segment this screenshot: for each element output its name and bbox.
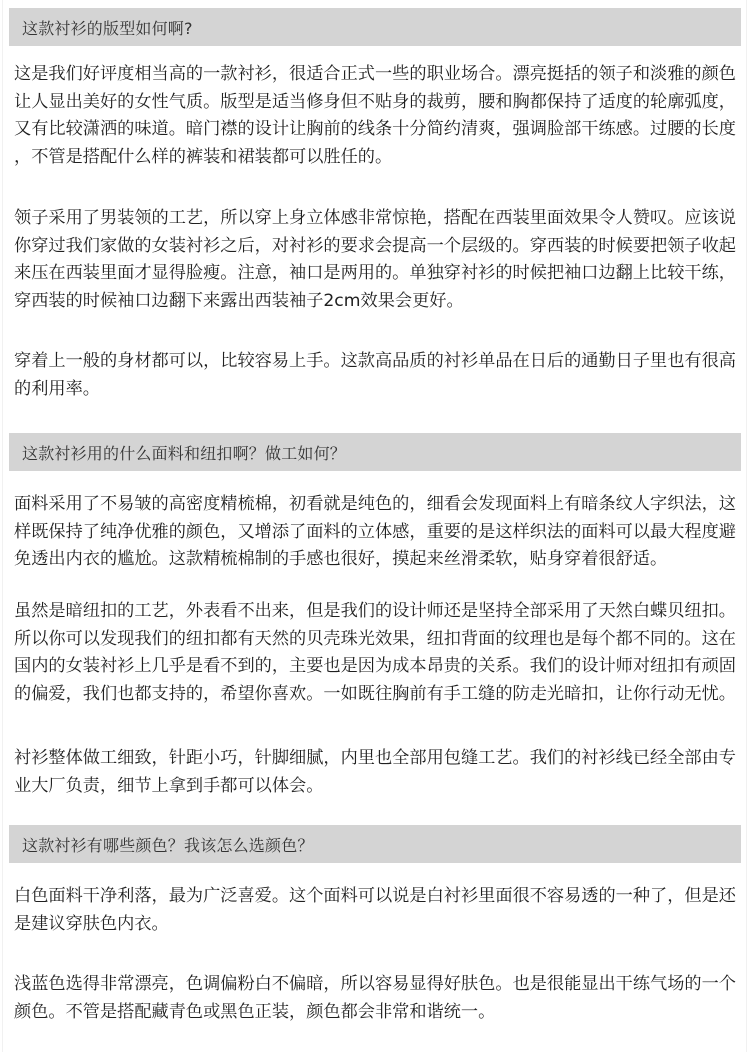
text-line: 穿西装的时候袖口边翻下来露出西装袖子2cm效果会更好。	[14, 288, 736, 316]
text-line: 国内的女装衬衫上几乎是看不到的，主要也是因为成本昂贵的关系。我们的设计师对纽扣有…	[14, 653, 736, 681]
text-line: 这是我们好评度相当高的一款衬衫，很适合正式一些的职业场合。漂亮挺括的领子和淡雅的…	[14, 61, 736, 89]
text-line: 让人显出美好的女性气质。版型是适当修身但不贴身的裁剪，腰和胸都保持了适度的轮廓弧…	[14, 89, 736, 117]
text-line: 面料采用了不易皱的高密度精梳棉，初看就是纯色的，细看会发现面料上有暗条纹人字织法…	[14, 491, 736, 519]
text-line: 的偏爱，我们也都支持的，希望你喜欢。一如既往胸前有手工缝的防走光暗扣，让你行动无…	[14, 681, 736, 709]
text-line: 免透出内衣的尴尬。这款精梳棉制的手感也很好，摸起来丝滑柔软，贴身穿着很舒适。	[14, 546, 736, 574]
text-line: 样既保持了纯净优雅的颜色，又增添了面料的立体感，重要的是这样织法的面料可以最大程…	[14, 519, 736, 547]
question-text: 这款衬衫用的什么面料和纽扣啊？做工如何？	[22, 441, 346, 464]
text-line: 又有比较潇洒的味道。暗门襟的设计让胸前的线条十分简约清爽，强调脸部干练感。过腰的…	[14, 116, 736, 144]
text-line: 是建议穿肤色内衣。	[14, 911, 736, 939]
answer-paragraph: 白色面料干净利落，最为广泛喜爱。这个面料可以说是白衬衫里面很不容易透的一种了，但…	[14, 883, 736, 938]
question-header-fit: 这款衬衫的版型如何啊?	[9, 8, 741, 46]
question-text: 这款衬衫的版型如何啊?	[22, 16, 193, 39]
left-border-line	[2, 0, 3, 1052]
text-line: 颜色。不管是搭配藏青色或黑色正装，颜色都会非常和谐统一。	[14, 999, 736, 1027]
text-line: 你穿过我们家做的女装衬衫之后，对衬衫的要求会提高一个层级的。穿西装的时候要把领子…	[14, 233, 736, 261]
answer-paragraph: 面料采用了不易皱的高密度精梳棉，初看就是纯色的，细看会发现面料上有暗条纹人字织法…	[14, 491, 736, 574]
text-line: 所以你可以发现我们的纽扣都有天然的贝壳珠光效果，纽扣背面的纹理也是每个都不同的。…	[14, 626, 736, 654]
question-header-colors: 这款衬衫有哪些颜色？我该怎么选颜色？	[9, 825, 741, 863]
answer-paragraph: 领子采用了男装领的工艺，所以穿上身立体感非常惊艳，搭配在西装里面效果令人赞叹。应…	[14, 205, 736, 315]
question-text: 这款衬衫有哪些颜色？我该怎么选颜色？	[22, 833, 314, 856]
text-line: 虽然是暗纽扣的工艺，外表看不出来，但是我们的设计师还是坚持全部采用了天然白蝶贝纽…	[14, 598, 736, 626]
right-border-line	[746, 0, 747, 1052]
text-line: ，不管是搭配什么样的裤装和裙装都可以胜任的。	[14, 144, 736, 172]
text-line: 业大厂负责，细节上拿到手都可以体会。	[14, 773, 736, 801]
text-line: 的利用率。	[14, 376, 736, 404]
text-line: 来压在西装里面才显得脸瘦。注意，袖口是两用的。单独穿衬衫的时候把袖口边翻上比较干…	[14, 260, 736, 288]
text-line: 白色面料干净利落，最为广泛喜爱。这个面料可以说是白衬衫里面很不容易透的一种了，但…	[14, 883, 736, 911]
text-line: 衬衫整体做工细致，针距小巧，针脚细腻，内里也全部用包缝工艺。我们的衬衫线已经全部…	[14, 745, 736, 773]
question-header-fabric: 这款衬衫用的什么面料和纽扣啊？做工如何？	[9, 433, 741, 471]
text-line: 浅蓝色选得非常漂亮，色调偏粉白不偏暗，所以容易显得好肤色。也是很能显出干练气场的…	[14, 971, 736, 999]
faq-document: 这款衬衫的版型如何啊? 这是我们好评度相当高的一款衬衫，很适合正式一些的职业场合…	[0, 0, 750, 1052]
answer-paragraph: 衬衫整体做工细致，针距小巧，针脚细腻，内里也全部用包缝工艺。我们的衬衫线已经全部…	[14, 745, 736, 800]
answer-paragraph: 穿着上一般的身材都可以，比较容易上手。这款高品质的衬衫单品在日后的通勤日子里也有…	[14, 348, 736, 403]
answer-paragraph: 这是我们好评度相当高的一款衬衫，很适合正式一些的职业场合。漂亮挺括的领子和淡雅的…	[14, 61, 736, 171]
text-line: 领子采用了男装领的工艺，所以穿上身立体感非常惊艳，搭配在西装里面效果令人赞叹。应…	[14, 205, 736, 233]
answer-paragraph: 浅蓝色选得非常漂亮，色调偏粉白不偏暗，所以容易显得好肤色。也是很能显出干练气场的…	[14, 971, 736, 1026]
text-line: 穿着上一般的身材都可以，比较容易上手。这款高品质的衬衫单品在日后的通勤日子里也有…	[14, 348, 736, 376]
answer-paragraph: 虽然是暗纽扣的工艺，外表看不出来，但是我们的设计师还是坚持全部采用了天然白蝶贝纽…	[14, 598, 736, 708]
